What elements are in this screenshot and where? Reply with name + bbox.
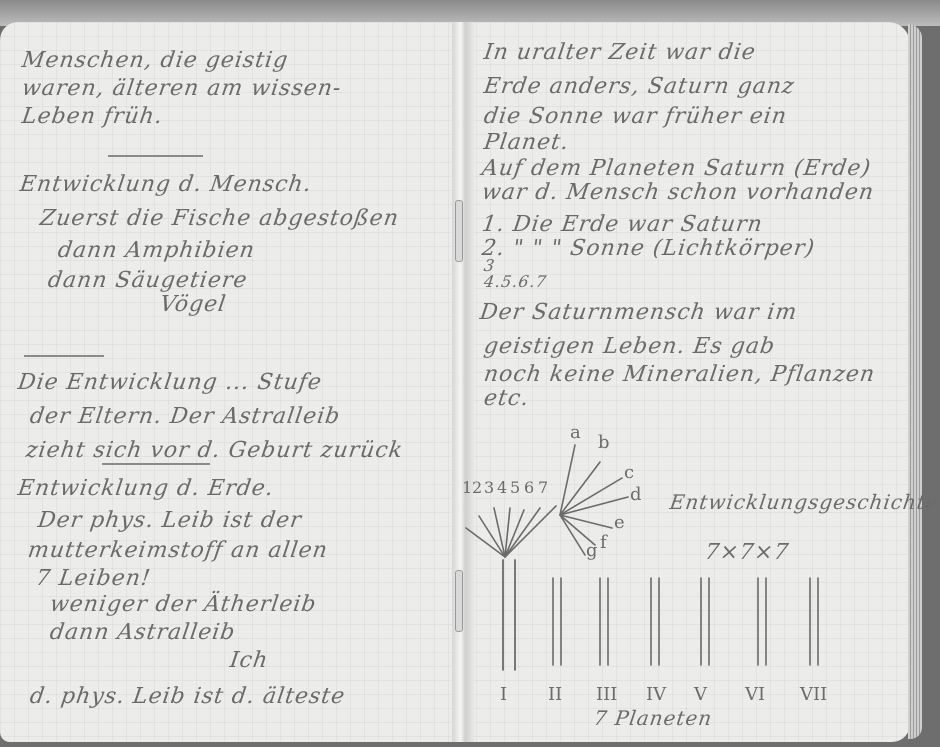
fan-number-label: 7 — [538, 478, 548, 497]
fan-number-label: 5 — [510, 478, 520, 497]
fan-letter-label: a — [570, 422, 581, 443]
fan-caption: Entwicklungsgeschichte — [668, 490, 940, 514]
fan-number-label: 3 — [484, 478, 494, 497]
fan-letter-label: f — [600, 532, 607, 553]
planet-numeral-label: V — [694, 684, 707, 705]
fan-letter-label: b — [598, 432, 610, 453]
fan-letter-label: c — [624, 462, 634, 483]
planet-numeral-label: II — [548, 684, 562, 705]
bottom-caption: 7 Planeten — [592, 706, 714, 730]
planet-numeral-label: VI — [745, 684, 765, 705]
fan-letter-label: d — [630, 484, 642, 505]
multiplier-label: 7×7×7 — [703, 540, 790, 565]
planet-numeral-label: VII — [800, 684, 827, 705]
fan-number-label: 2 — [472, 478, 482, 497]
fan-number-label: 1 — [462, 478, 472, 497]
fan-number-label: 6 — [524, 478, 534, 497]
fan-letter-label: g — [586, 540, 598, 561]
planet-numeral-label: I — [500, 684, 507, 705]
fan-letter-label: e — [614, 512, 625, 533]
fan-number-label: 4 — [497, 478, 507, 497]
planet-numeral-label: III — [596, 684, 617, 705]
planet-numeral-label: IV — [646, 684, 666, 705]
evolution-diagram — [0, 0, 940, 747]
